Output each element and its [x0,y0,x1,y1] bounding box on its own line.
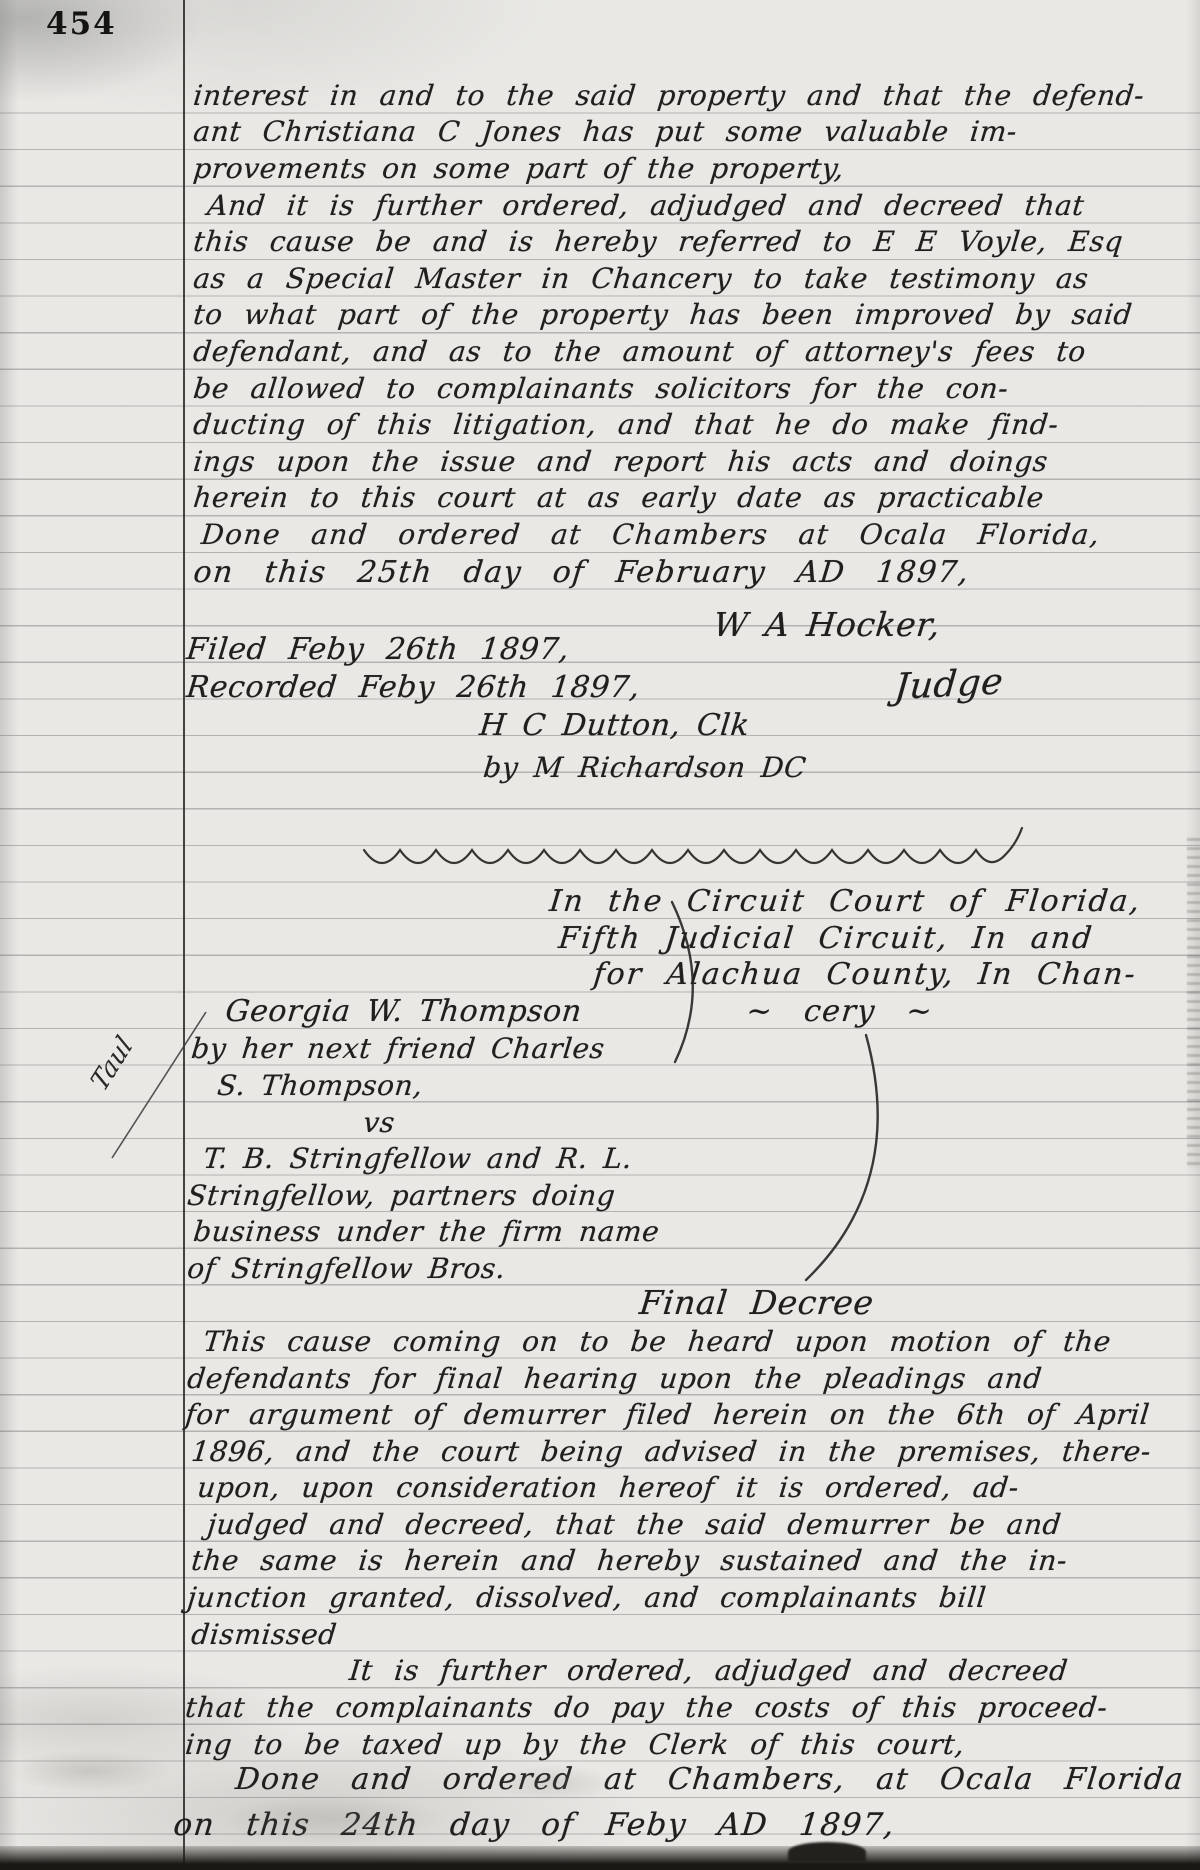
defendant-line: of Stringfellow Bros. [186,1255,507,1283]
manuscript-line: for argument of demurrer filed herein on… [184,1401,1151,1429]
manuscript-line: junction granted, dissolved, and complai… [186,1584,988,1612]
margin-note-slash-icon [100,1000,220,1170]
complainant-name: Georgia W. Thompson [224,997,583,1027]
manuscript-line: upon, upon consideration hereof it is or… [196,1474,1020,1502]
manuscript-line: ings upon the issue and report his acts … [192,448,1049,476]
manuscript-line: Done and ordered at Chambers at Ocala Fl… [200,521,1102,549]
manuscript-line: to what part of the property has been im… [192,301,1134,329]
manuscript-line: as a Special Master in Chancery to take … [192,265,1090,293]
clerk-signature: H C Dutton, Clk [478,711,751,741]
versus-label: vs [362,1109,396,1137]
caption-brace-icon [640,880,900,1300]
manuscript-line: this cause be and is hereby referred to … [192,228,1125,256]
manuscript-line: ducting of this litigation, and that he … [192,411,1060,439]
page-number: 454 [46,6,117,42]
deputy-clerk-signature: by M Richardson DC [482,754,808,782]
manuscript-line: provements on some part of the property, [192,155,846,183]
defendant-line: Stringfellow, partners doing [186,1182,617,1210]
manuscript-line: It is further ordered, adjudged and decr… [348,1657,1069,1685]
manuscript-line: herein to this court at as early date as… [192,484,1045,512]
ledger-page: 454 interest in and to the said property… [0,0,1200,1870]
manuscript-line: interest in and to the said property and… [192,82,1146,110]
defendant-line: T. B. Stringfellow and R. L. [202,1145,634,1173]
scan-edge-noise [1187,838,1200,1168]
separator-squiggle-icon [358,840,1028,882]
recorded-stamp-line: Recorded Feby 26th 1897, [185,673,641,703]
manuscript-line: dismissed [190,1621,338,1649]
manuscript-line: that the complainants do pay the costs o… [184,1694,1109,1722]
margin-rule-line [183,0,185,1870]
judge-signature: W A Hocker, [712,608,942,641]
decree-title: Final Decree [638,1286,875,1319]
complainant-line: S. Thompson, [216,1072,424,1100]
manuscript-line: 1896, and the court being advised in the… [190,1438,1152,1466]
manuscript-line: defendants for final hearing upon the pl… [186,1365,1043,1393]
scan-mottle [0,1735,740,1855]
manuscript-line: ant Christiana C Jones has put some valu… [192,118,1018,146]
manuscript-line: on this 25th day of February AD 1897, [192,558,971,588]
manuscript-line: This cause coming on to be heard upon mo… [202,1328,1112,1356]
complainant-line: by her next friend Charles [190,1035,606,1063]
scan-bottom-blob [788,1842,866,1862]
filed-stamp-line: Filed Feby 26th 1897, [185,635,571,665]
manuscript-line: the same is herein and hereby sustained … [190,1547,1069,1575]
manuscript-line: And it is further ordered, adjudged and … [206,192,1086,220]
manuscript-line: defendant, and as to the amount of attor… [192,338,1087,366]
judge-title: Judge [893,664,1005,706]
manuscript-line: judged and decreed, that the said demurr… [206,1511,1063,1539]
manuscript-line: be allowed to complainants solicitors fo… [192,375,1010,403]
scan-bottom-band [0,1846,1200,1870]
defendant-line: business under the firm name [192,1218,661,1246]
